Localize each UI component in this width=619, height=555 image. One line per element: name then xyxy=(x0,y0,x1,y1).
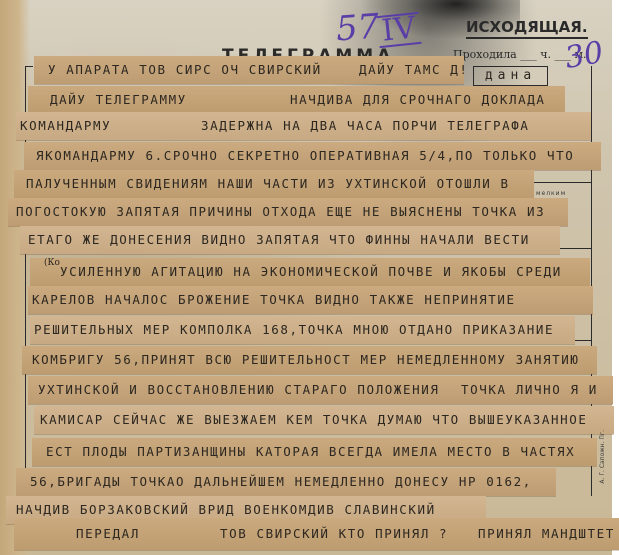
tape-strip-1: У АПАРАТА ТОВ СИРС ОЧ СВИРСКИЙ ДАЙУ ТАМС… xyxy=(34,56,464,84)
telegram-line: ДАЙУ ТАМС Д!? xyxy=(359,56,464,84)
telegram-line: ДАЙУ ТЕЛЕГРАММУ xyxy=(50,86,187,114)
tape-strip-5: ПАЛУЧЕННЫМ СВИДЕНИЯМ НАШИ ЧАСТИ ИЗ УХТИН… xyxy=(14,170,534,198)
tape-strip-14: ЕСТ ПЛОДЫ ПАРТИЗАНЩИНЫ КАТОРАЯ ВСЕГДА ИМ… xyxy=(32,438,597,466)
telegram-line: УСИЛЕННУЮ АГИТАЦИЮ НА ЭКОНОМИЧЕСКОЙ ПОЧВ… xyxy=(60,258,562,286)
telegram-line: ЯКОМАНДАРМУ 6.СРОЧНО СЕКРЕТНО ОПЕРАТИВНА… xyxy=(36,142,574,170)
telegram-line: ПРИНЯЛ МАНДШТЕТ xyxy=(478,518,615,550)
telegram-line: УХТИНСКОЙ И ВОССТАНОВЛЕНИЮ СТАРАГО ПОЛОЖ… xyxy=(38,376,440,404)
telegram-line: 56,БРИГАДЫ ТОЧКАО ДАЛЬНЕЙШЕМ НЕМЕДЛЕННО … xyxy=(30,468,532,496)
tape-strip-7: ЕТАГО ЖЕ ДОНЕСЕНИЯ ВИДНО ЗАПЯТАЯ ЧТО ФИН… xyxy=(20,226,560,254)
telegram-line: ПЕРЕДАЛ xyxy=(76,518,140,550)
telegram-line: РЕШИТЕЛЬНЫХ МЕР КОМПОЛКА 168,ТОЧКА МНОЮ … xyxy=(34,316,554,344)
telegram-line: ПАЛУЧЕННЫМ СВИДЕНИЯМ НАШИ ЧАСТИ ИЗ УХТИН… xyxy=(26,170,510,198)
frame-rule xyxy=(530,182,591,183)
telegram-line: ЕТАГО ЖЕ ДОНЕСЕНИЯ ВИДНО ЗАПЯТАЯ ЧТО ФИН… xyxy=(28,226,530,254)
given-box: дана xyxy=(473,66,548,86)
telegram-sheet: 57 IV ИСХОДЯЩАЯ. ТЕЛЕГРАММА Проходила __… xyxy=(0,0,612,555)
tape-strip-13: КАМИСАР СЕЙЧАС ЖЕ ВЫЕЗЖАЕМ КЕМ ТОЧКА ДУМ… xyxy=(34,406,614,434)
telegram-line: КАРЕЛОВ НАЧАЛОС БРОЖЕНИЕ ТОЧКА ВИДНО ТАК… xyxy=(32,286,516,314)
telegram-line: ПОГОСТОКУЮ ЗАПЯТАЯ ПРИЧИНЫ ОТХОДА ЕЩЕ НЕ… xyxy=(16,198,545,226)
handwritten-minutes: 30 xyxy=(562,35,606,76)
telegram-line: КАМИСАР СЕЙЧАС ЖЕ ВЫЕЗЖАЕМ КЕМ ТОЧКА ДУМ… xyxy=(40,406,588,434)
telegram-line: ТОВ СВИРСКИЙ КТО ПРИНЯЛ ? xyxy=(220,518,448,550)
telegram-line: ЕСТ ПЛОДЫ ПАРТИЗАНЩИНЫ КАТОРАЯ ВСЕГДА ИМ… xyxy=(46,438,575,466)
tape-strip-6: ПОГОСТОКУЮ ЗАПЯТАЯ ПРИЧИНЫ ОТХОДА ЕЩЕ НЕ… xyxy=(8,198,568,226)
handwritten-file-number: 57 xyxy=(335,7,381,50)
handwritten-roman-numeral: IV xyxy=(376,12,421,48)
telegram-line: У АПАРАТА ТОВ СИРС ОЧ СВИРСКИЙ xyxy=(48,56,322,84)
tape-strip-12: УХТИНСКОЙ И ВОССТАНОВЛЕНИЮ СТАРАГО ПОЛОЖ… xyxy=(28,376,613,404)
frame-corner xyxy=(25,66,33,67)
tape-strip-8: УСИЛЕННУЮ АГИТАЦИЮ НА ЭКОНОМИЧЕСКОЙ ПОЧВ… xyxy=(30,258,590,286)
telegram-line: ТОЧКА ЛИЧНО Я И xyxy=(461,376,598,404)
tape-strip-3: КОМАНДАРМУ ЗАДЕРЖНА НА ДВА ЧАСА ПОРЧИ ТЕ… xyxy=(16,112,591,140)
tape-strip-17: ПЕРЕДАЛ ТОВ СВИРСКИЙ КТО ПРИНЯЛ ? ПРИНЯЛ… xyxy=(14,518,619,550)
telegram-line: КОМАНДАРМУ xyxy=(20,112,111,140)
tape-strip-4: ЯКОМАНДАРМУ 6.СРОЧНО СЕКРЕТНО ОПЕРАТИВНА… xyxy=(24,142,601,170)
tape-strip-10: РЕШИТЕЛЬНЫХ МЕР КОМПОЛКА 168,ТОЧКА МНОЮ … xyxy=(30,316,575,344)
margin-mark: мелким xyxy=(536,190,566,197)
margin-annotation: (Ко xyxy=(44,258,60,268)
tape-strip-15: 56,БРИГАДЫ ТОЧКАО ДАЛЬНЕЙШЕМ НЕМЕДЛЕННО … xyxy=(16,468,556,496)
telegram-line: НАЧДИВА ДЛЯ СРОЧНАГО ДОКЛАДА xyxy=(290,86,546,114)
outgoing-stamp: ИСХОДЯЩАЯ. xyxy=(466,18,588,39)
tape-strip-11: КОМБРИГУ 56,ПРИНЯТ ВСЮ РЕШИТЕЛЬНОСТ МЕР … xyxy=(22,346,597,374)
telegram-line: ЗАДЕРЖНА НА ДВА ЧАСА ПОРЧИ ТЕЛЕГРАФА xyxy=(201,112,530,140)
tape-strip-9: КАРЕЛОВ НАЧАЛОС БРОЖЕНИЕ ТОЧКА ВИДНО ТАК… xyxy=(28,286,593,314)
tape-strip-2: ДАЙУ ТЕЛЕГРАММУ НАЧДИВА ДЛЯ СРОЧНАГО ДОК… xyxy=(28,86,565,114)
printer-imprint: А. Г. Сапожн. Пг. xyxy=(599,430,606,484)
telegram-line: КОМБРИГУ 56,ПРИНЯТ ВСЮ РЕШИТЕЛЬНОСТ МЕР … xyxy=(32,346,580,374)
frame-rule xyxy=(575,340,591,341)
